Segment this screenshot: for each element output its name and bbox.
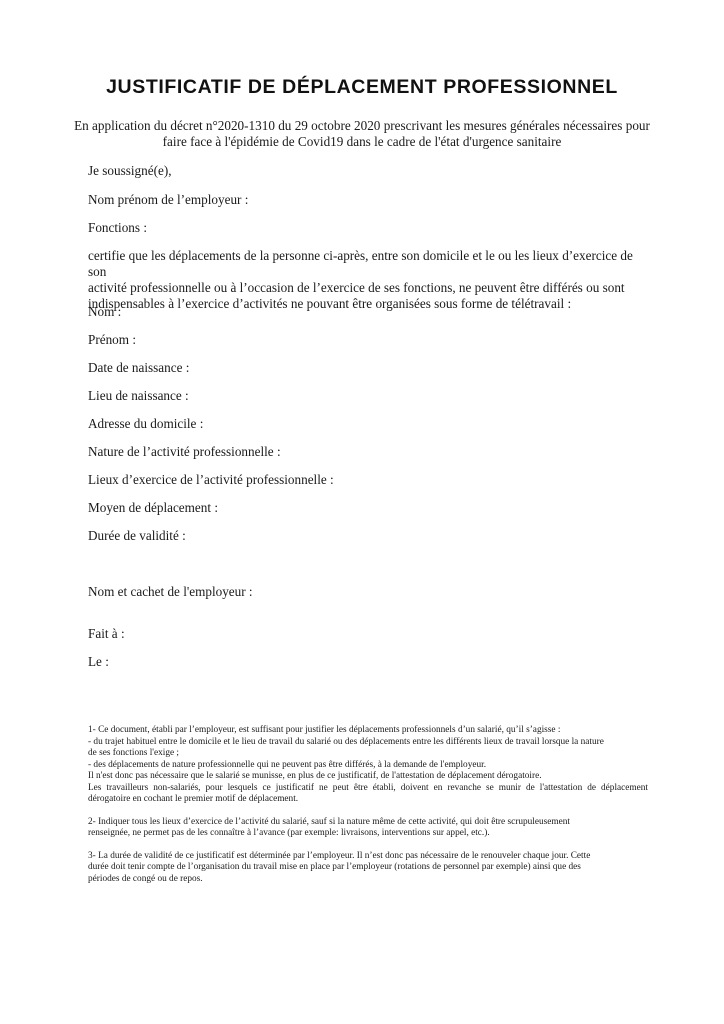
footnote-3: 3- La durée de validité de ce justificat… [88, 851, 648, 886]
certification-line: activité professionnelle ou à l’occasion… [88, 280, 648, 296]
footnote-2: 2- Indiquer tous les lieux d’exercice de… [88, 817, 648, 840]
certification-line: indispensables à l’exercice d’activités … [88, 296, 648, 312]
signed-on-field: Le : [88, 654, 109, 670]
employer-functions-field: Fonctions : [88, 220, 147, 236]
person-last-name-field: Nom : [88, 304, 121, 320]
document-title: JUSTIFICATIF DE DÉPLACEMENT PROFESSIONNE… [0, 76, 724, 99]
certification-line: certifie que les déplacements de la pers… [88, 248, 648, 280]
footnote-line: dérogatoire en cochant le premier motif … [88, 794, 648, 806]
birth-place-field: Lieu de naissance : [88, 388, 189, 404]
decree-reference-line: faire face à l'épidémie de Covid19 dans … [60, 134, 664, 150]
decree-reference-line: En application du décret n°2020-1310 du … [60, 118, 664, 134]
travel-means-field: Moyen de déplacement : [88, 500, 218, 516]
employer-name-field: Nom prénom de l’employeur : [88, 192, 248, 208]
intro-undersigned: Je soussigné(e), [88, 163, 172, 179]
footnote-line: 1- Ce document, établi par l’employeur, … [88, 725, 648, 737]
footnotes: 1- Ce document, établi par l’employeur, … [88, 725, 648, 896]
footnote-line: Il n'est donc pas nécessaire que le sala… [88, 771, 648, 783]
footnote-line: Les travailleurs non-salariés, pour lesq… [88, 783, 648, 795]
birth-date-field: Date de naissance : [88, 360, 189, 376]
footnote-line: renseignée, ne permet pas de les connaît… [88, 828, 648, 840]
signed-at-field: Fait à : [88, 626, 125, 642]
person-first-name-field: Prénom : [88, 332, 136, 348]
footnote-line: durée doit tenir compte de l’organisatio… [88, 862, 648, 874]
certification-paragraph: certifie que les déplacements de la pers… [88, 248, 648, 312]
footnote-line: de ses fonctions l'exige ; [88, 748, 648, 760]
activity-locations-field: Lieux d’exercice de l’activité professio… [88, 472, 334, 488]
employer-stamp-field: Nom et cachet de l'employeur : [88, 584, 253, 600]
validity-duration-field: Durée de validité : [88, 528, 186, 544]
footnote-line: - du trajet habituel entre le domicile e… [88, 737, 648, 749]
footnote-line: 3- La durée de validité de ce justificat… [88, 851, 648, 863]
document-page: JUSTIFICATIF DE DÉPLACEMENT PROFESSIONNE… [0, 0, 724, 1024]
home-address-field: Adresse du domicile : [88, 416, 203, 432]
footnote-line: périodes de congé ou de repos. [88, 874, 648, 886]
footnote-1: 1- Ce document, établi par l’employeur, … [88, 725, 648, 806]
footnote-line: - des déplacements de nature professionn… [88, 760, 648, 772]
activity-nature-field: Nature de l’activité professionnelle : [88, 444, 281, 460]
footnote-line: 2- Indiquer tous les lieux d’exercice de… [88, 817, 648, 829]
decree-reference: En application du décret n°2020-1310 du … [60, 118, 664, 150]
